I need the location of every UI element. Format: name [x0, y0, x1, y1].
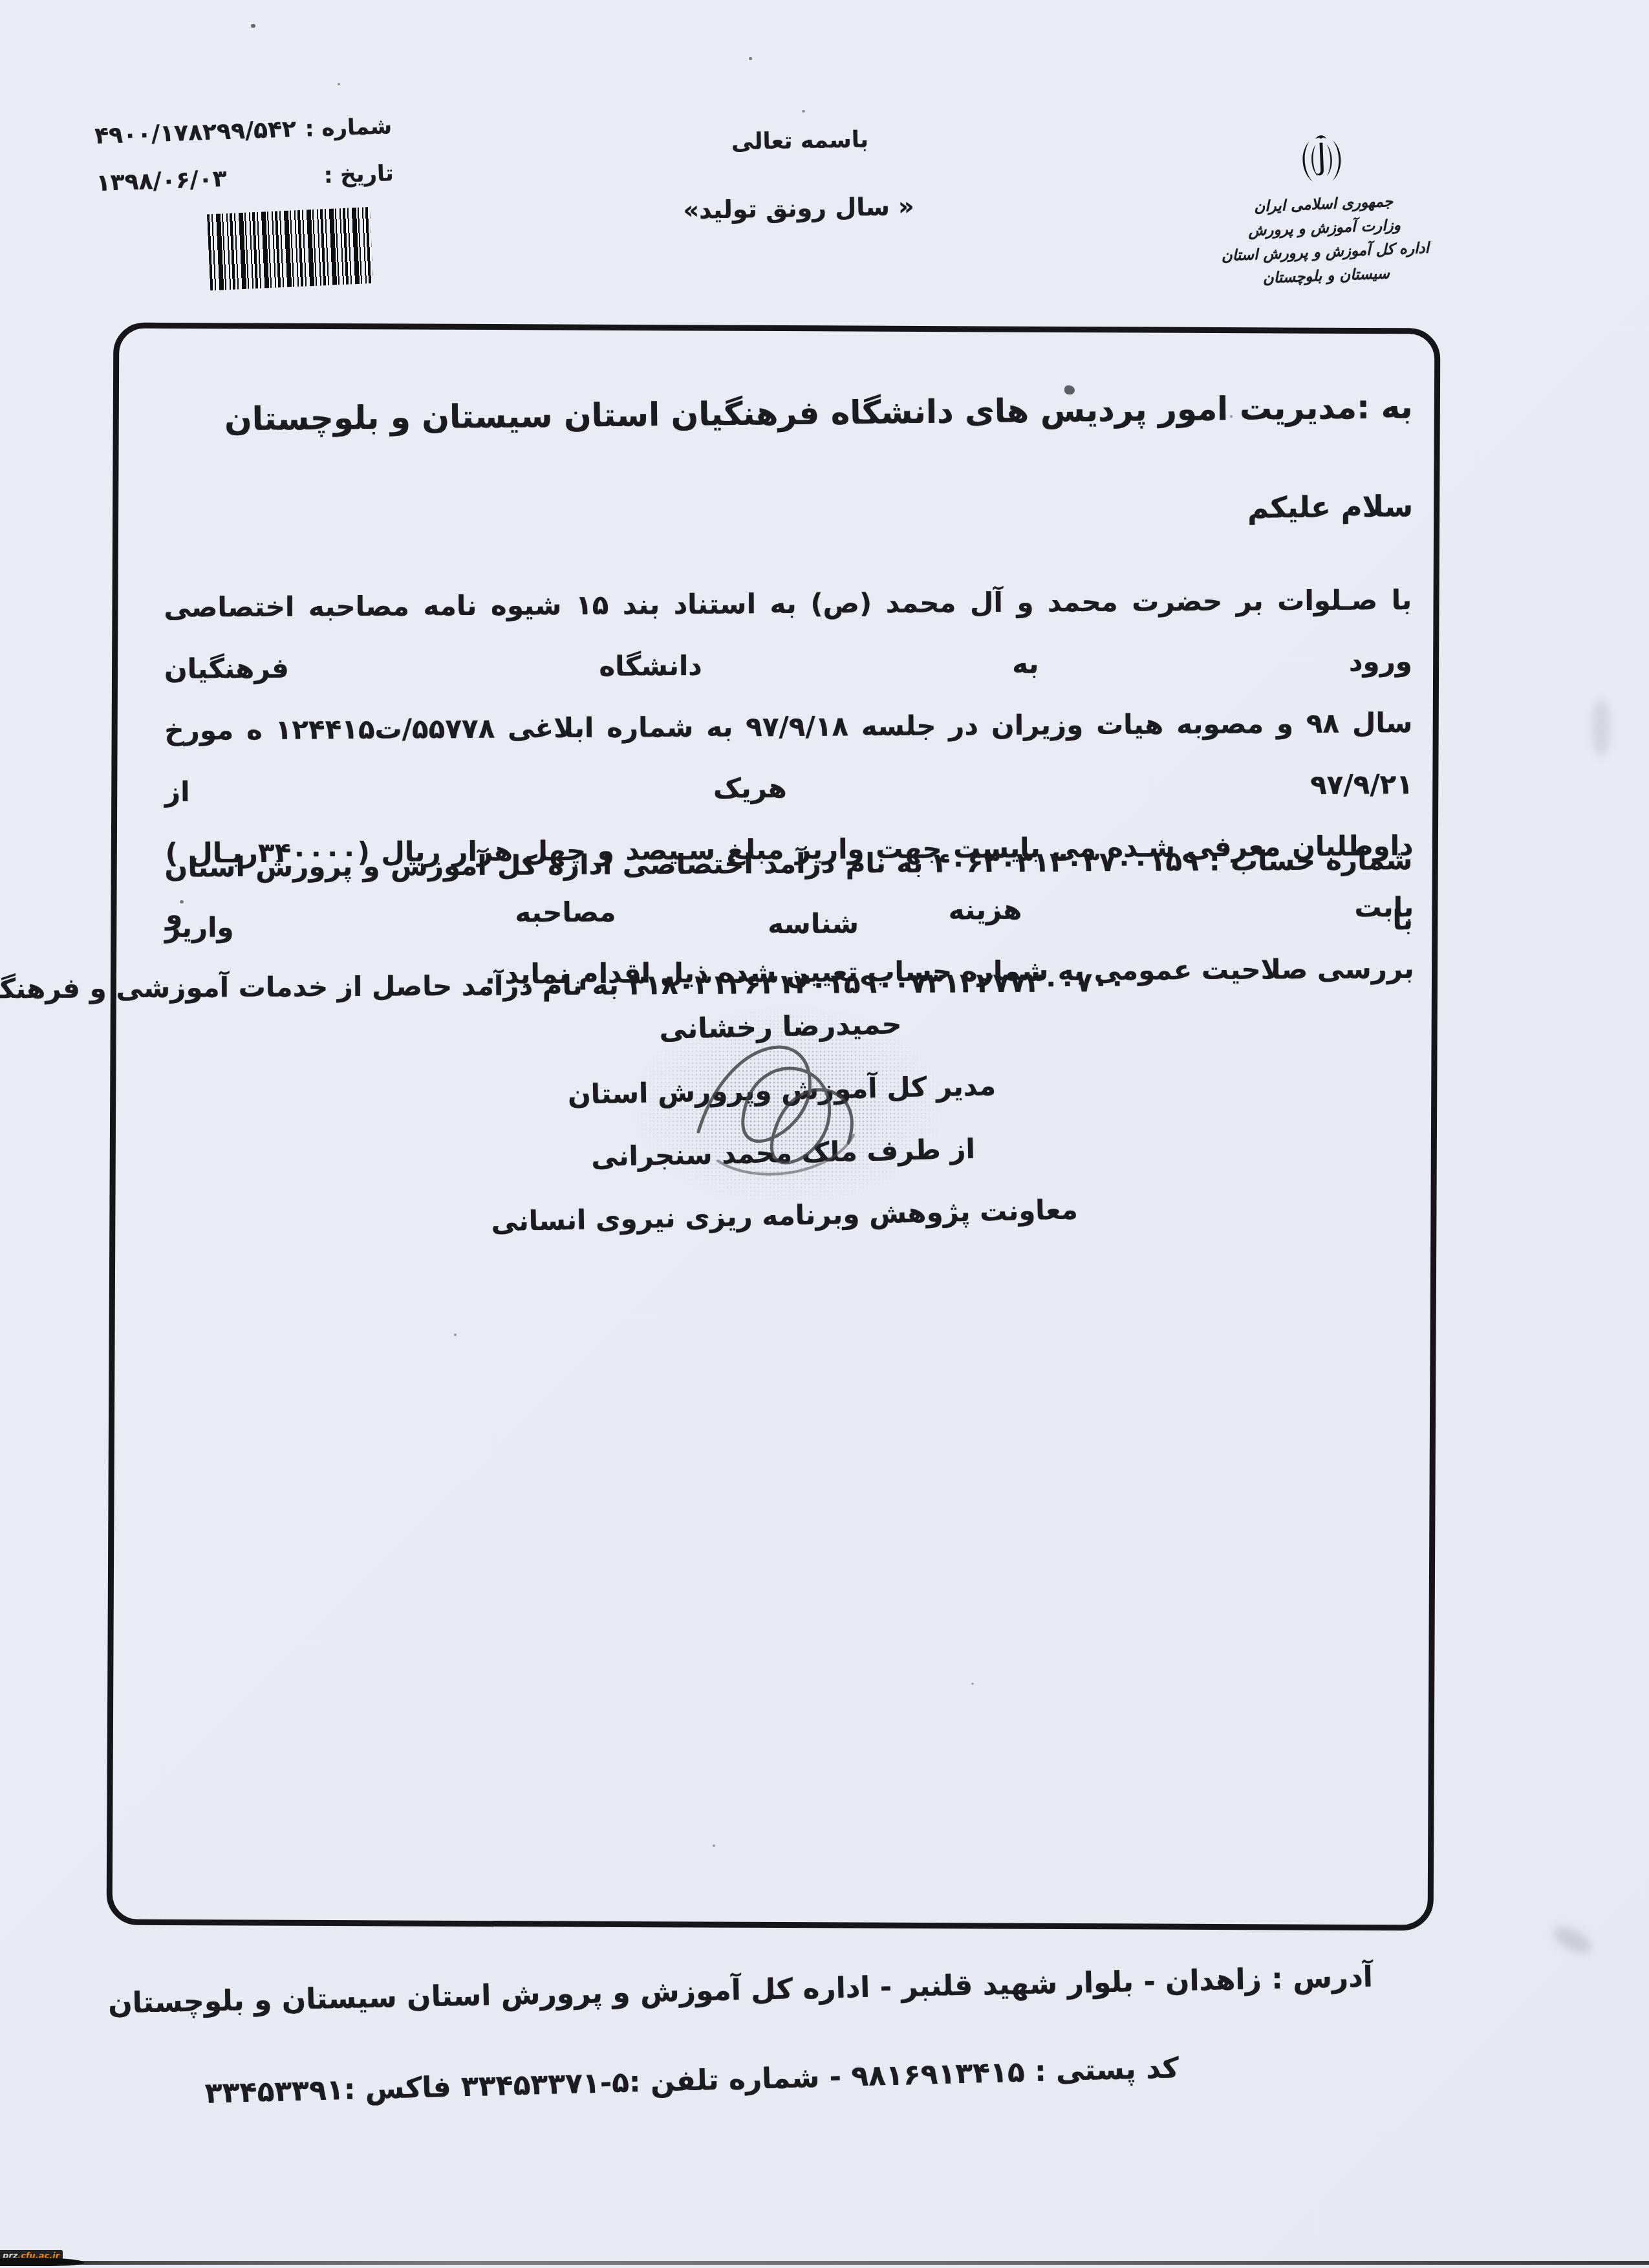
scan-speck	[251, 24, 255, 28]
ref-number-row: شماره : ۴۹۰۰/۱۷۸۲۹۹/۵۴۲	[94, 113, 393, 149]
scan-smudge	[1550, 1922, 1596, 1959]
iran-state-emblem-icon	[1296, 134, 1347, 190]
besmele-header: باسمه تعالی	[700, 126, 901, 155]
year-slogan: « سال رونق تولید»	[676, 192, 922, 225]
ref-number-label: شماره :	[305, 113, 392, 142]
date-value: ۱۳۹۸/۰۶/۰۳	[96, 166, 227, 197]
letterhead-logo-block: جمهوری اسلامی ایران وزارت آموزش و پرورش …	[1208, 130, 1440, 292]
scan-bottom-edge	[0, 2261, 1649, 2265]
body-line: با صـلوات بر حضرت محمد و آل محمد (ص) به …	[164, 569, 1412, 700]
scan-speck	[802, 110, 805, 113]
handwritten-signature	[621, 999, 957, 1213]
scan-speck	[1064, 385, 1075, 394]
account-paragraph: شماره حساب : ۴۰۶۳۰۳۱۲۰۳۷۰۰۱۵۹ به نام درآ…	[164, 830, 1414, 1018]
scan-speck	[713, 1844, 715, 1847]
footer-address: آدرس : زاهدان - بلوار شهید قلنبر - اداره…	[61, 1960, 1420, 2021]
scan-speck	[338, 83, 340, 85]
date-row: تاریخ : ۱۳۹۸/۰۶/۰۳	[96, 160, 394, 197]
letter-salutation: سلام علیکم	[1247, 489, 1414, 525]
date-label: تاریخ :	[323, 160, 394, 189]
body-line: سال ۹۸ و مصوبه هیات وزیران در جلسه ۹۷/۹/…	[164, 692, 1413, 823]
scan-speck	[749, 57, 752, 60]
scanned-letter-page: شماره : ۴۹۰۰/۱۷۸۲۹۹/۵۴۲ تاریخ : ۱۳۹۸/۰۶/…	[0, 0, 1649, 2268]
scan-bottom-edge-left	[0, 2258, 84, 2266]
scan-speck	[971, 1683, 974, 1685]
account-line: شماره حساب : ۴۰۶۳۰۳۱۲۰۳۷۰۰۱۵۹ به نام درآ…	[164, 830, 1413, 958]
scan-speck	[454, 1334, 457, 1336]
ref-number-value: ۴۹۰۰/۱۷۸۲۹۹/۵۴۲	[94, 116, 297, 149]
barcode	[207, 207, 373, 290]
scan-smudge	[1592, 698, 1610, 757]
org-department-line: اداره کل آموزش و پرورش استان سیستان و بل…	[1212, 236, 1440, 292]
footer-contact: کد پستی : ۹۸۱۶۹۱۳۴۱۵ - شماره تلفن :۵-۳۳۴…	[13, 2047, 1372, 2115]
scan-speck	[180, 900, 184, 903]
header-reference-block: شماره : ۴۹۰۰/۱۷۸۲۹۹/۵۴۲ تاریخ : ۱۳۹۸/۰۶/…	[94, 113, 398, 294]
scan-speck	[1230, 415, 1233, 418]
